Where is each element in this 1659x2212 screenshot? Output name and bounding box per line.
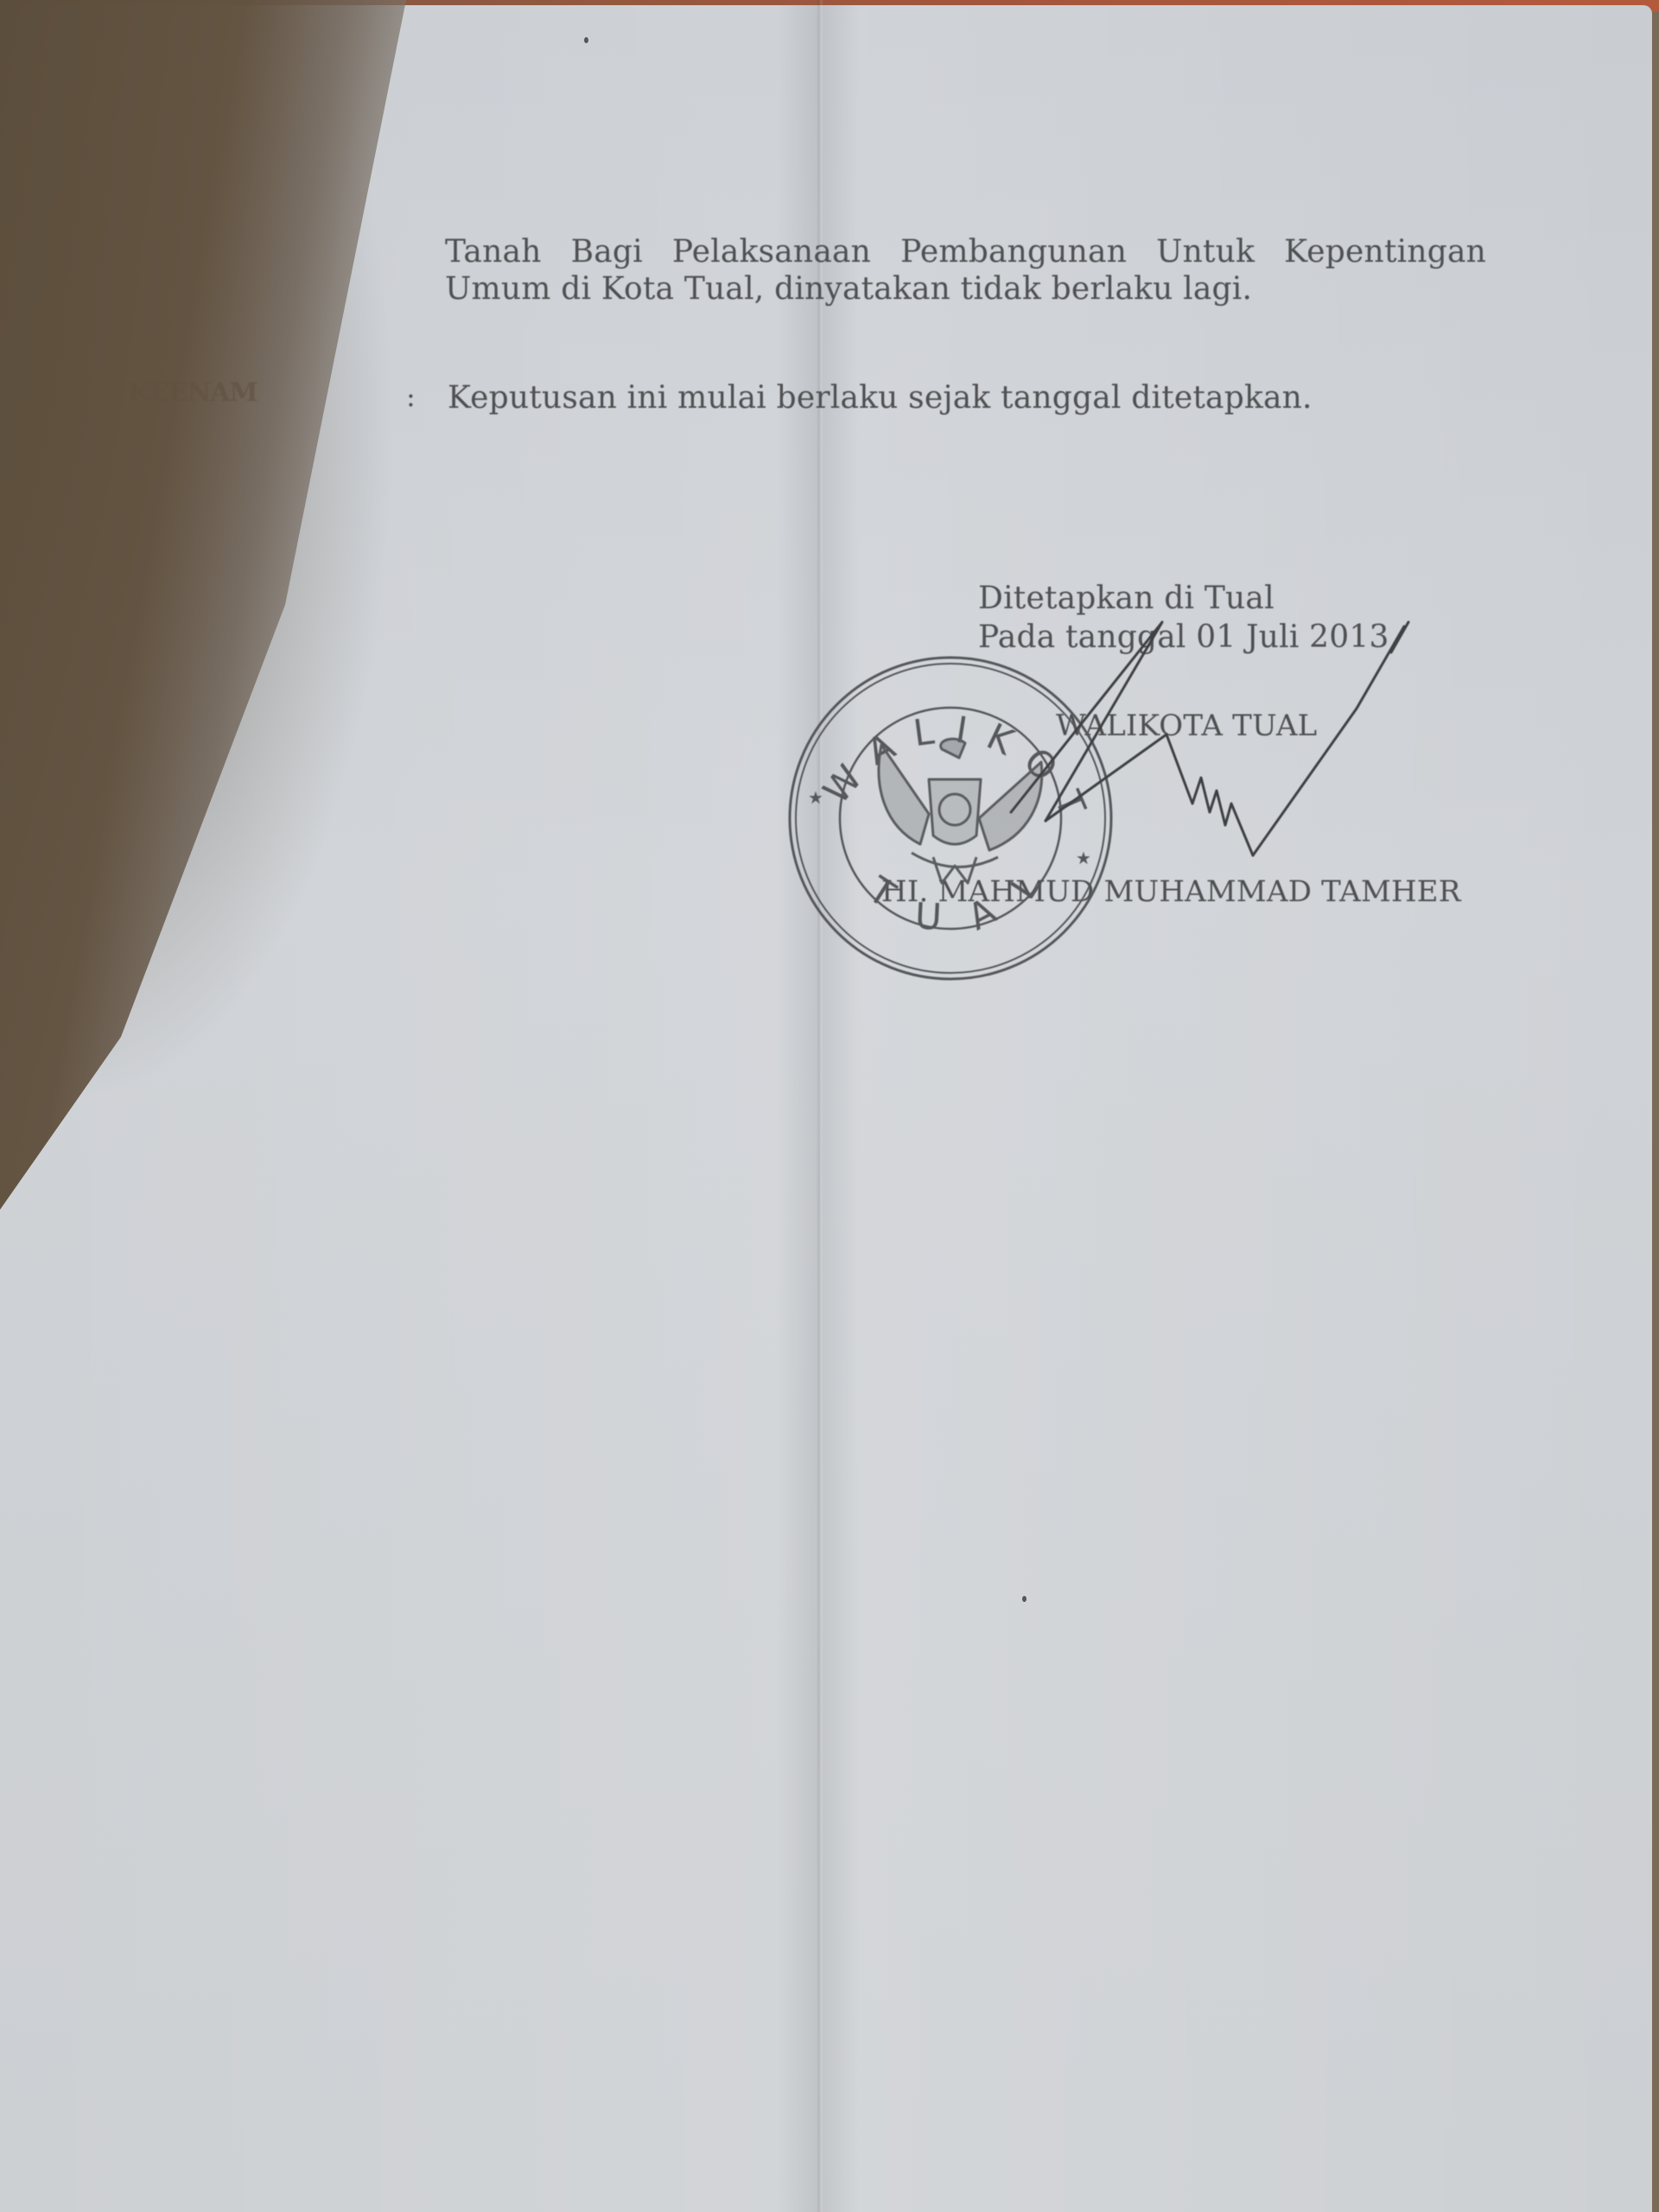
continuation-paragraph: Tanah Bagi Pelaksanaan Pembangunan Untuk…	[445, 233, 1486, 308]
handwritten-signature	[994, 605, 1443, 881]
diktum-text: Keputusan ini mulai berlaku sejak tangga…	[448, 380, 1313, 416]
stamp-star-left: ★	[808, 787, 823, 808]
diktum-separator: :	[406, 380, 416, 413]
paper-fold-line	[817, 0, 823, 2212]
paper-speck	[584, 37, 588, 43]
document-page	[0, 5, 1652, 2212]
diktum-label: KEENAM	[128, 378, 257, 408]
paper-speck	[1022, 1596, 1027, 1602]
